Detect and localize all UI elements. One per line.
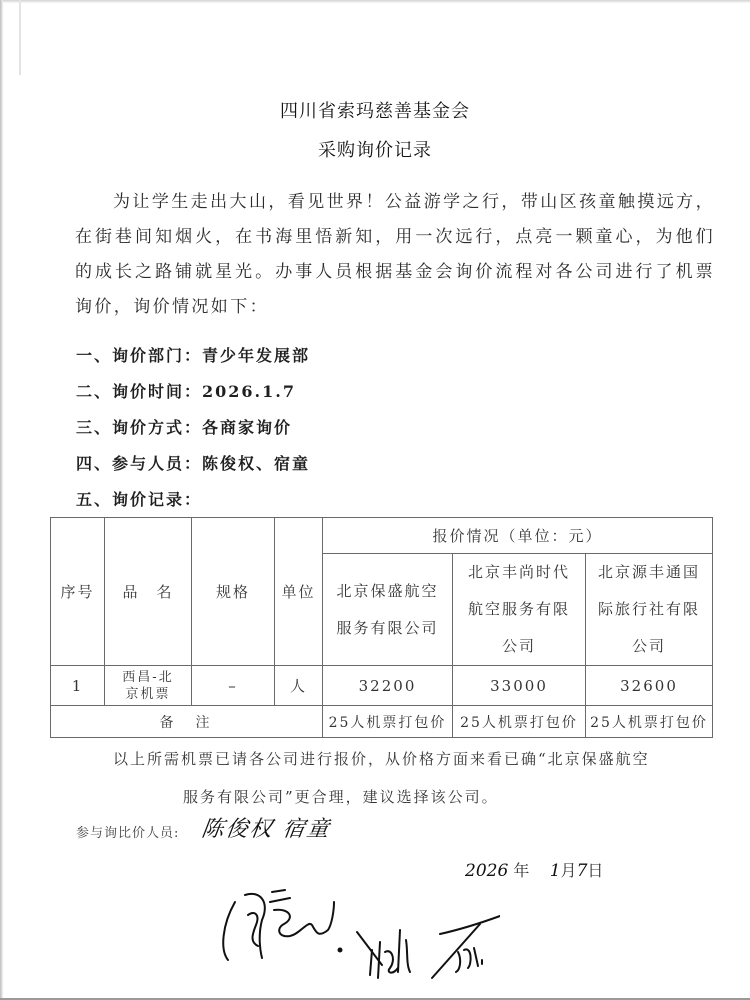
date-year: 2026 [465, 861, 508, 881]
conclusion-line-1: 以上所需机票已请各公司进行报价，从价格方面来看已确“北京保盛航空 [113, 748, 650, 769]
organization-title: 四川省索玛慈善基金会 [0, 97, 750, 123]
remark-vendor-3: 25人机票打包价 [586, 706, 713, 738]
header-name: 品 名 [105, 518, 192, 666]
header-seq: 序号 [51, 518, 105, 666]
cell-spec: – [192, 666, 275, 706]
date-day: 7 [577, 861, 588, 881]
header-quote-group: 报价情况（单位：元） [323, 518, 713, 554]
scan-edge-top [0, 0, 750, 3]
scan-artifact [19, 0, 21, 75]
cell-price-vendor-3: 32600 [586, 666, 713, 706]
item-method: 三、询价方式：各商家询价 [76, 415, 292, 438]
participants-signature: 陈俊权 宿童 [200, 812, 333, 843]
date-month: 1 [550, 861, 561, 881]
quote-table: 序号 品 名 规格 单位 报价情况（单位：元） 北京保盛航空服务有限公司 北京丰… [50, 517, 713, 738]
document-title: 采购询价记录 [0, 136, 750, 162]
date-day-suffix: 日 [587, 861, 603, 880]
remark-vendor-2: 25人机票打包价 [453, 706, 586, 738]
intro-paragraph: 为让学生走出大山，看见世界！公益游学之行，带山区孩童触摸远方，在街巷间知烟火，在… [75, 185, 715, 325]
cell-unit: 人 [275, 666, 323, 706]
conclusion-line-2: 服务有限公司”更合理，建议选择该公司。 [183, 786, 499, 807]
cell-name: 西昌-北京机票 [105, 666, 192, 706]
participants-label: 参与询比价人员: [76, 822, 179, 841]
date-month-suffix: 月 [561, 861, 577, 880]
header-spec: 规格 [192, 518, 275, 666]
cell-price-vendor-2: 33000 [453, 666, 586, 706]
sign-date: 2026 年 1月7日 [465, 858, 603, 881]
remark-vendor-1: 25人机票打包价 [323, 706, 453, 738]
header-vendor-2: 北京丰尚时代航空服务有限公司 [453, 554, 586, 666]
header-unit: 单位 [275, 518, 323, 666]
cell-price-vendor-1: 32200 [323, 666, 453, 706]
header-vendor-1: 北京保盛航空服务有限公司 [323, 554, 453, 666]
item-participants: 四、参与人员：陈俊权、宿童 [76, 451, 310, 474]
item-records: 五、询价记录： [76, 487, 202, 510]
item-date: 二、询价时间：2026.1.7 [76, 379, 296, 402]
approver-signatures-icon [200, 880, 500, 990]
header-vendor-3: 北京源丰通国际旅行社有限公司 [586, 554, 713, 666]
item-department: 一、询价部门：青少年发展部 [76, 343, 310, 366]
date-year-suffix: 年 [513, 861, 529, 880]
cell-seq: 1 [51, 666, 105, 706]
table-row: 1 西昌-北京机票 – 人 32200 33000 32600 [51, 666, 713, 706]
remarks-label: 备 注 [51, 706, 323, 738]
remarks-row: 备 注 25人机票打包价 25人机票打包价 25人机票打包价 [51, 706, 713, 738]
